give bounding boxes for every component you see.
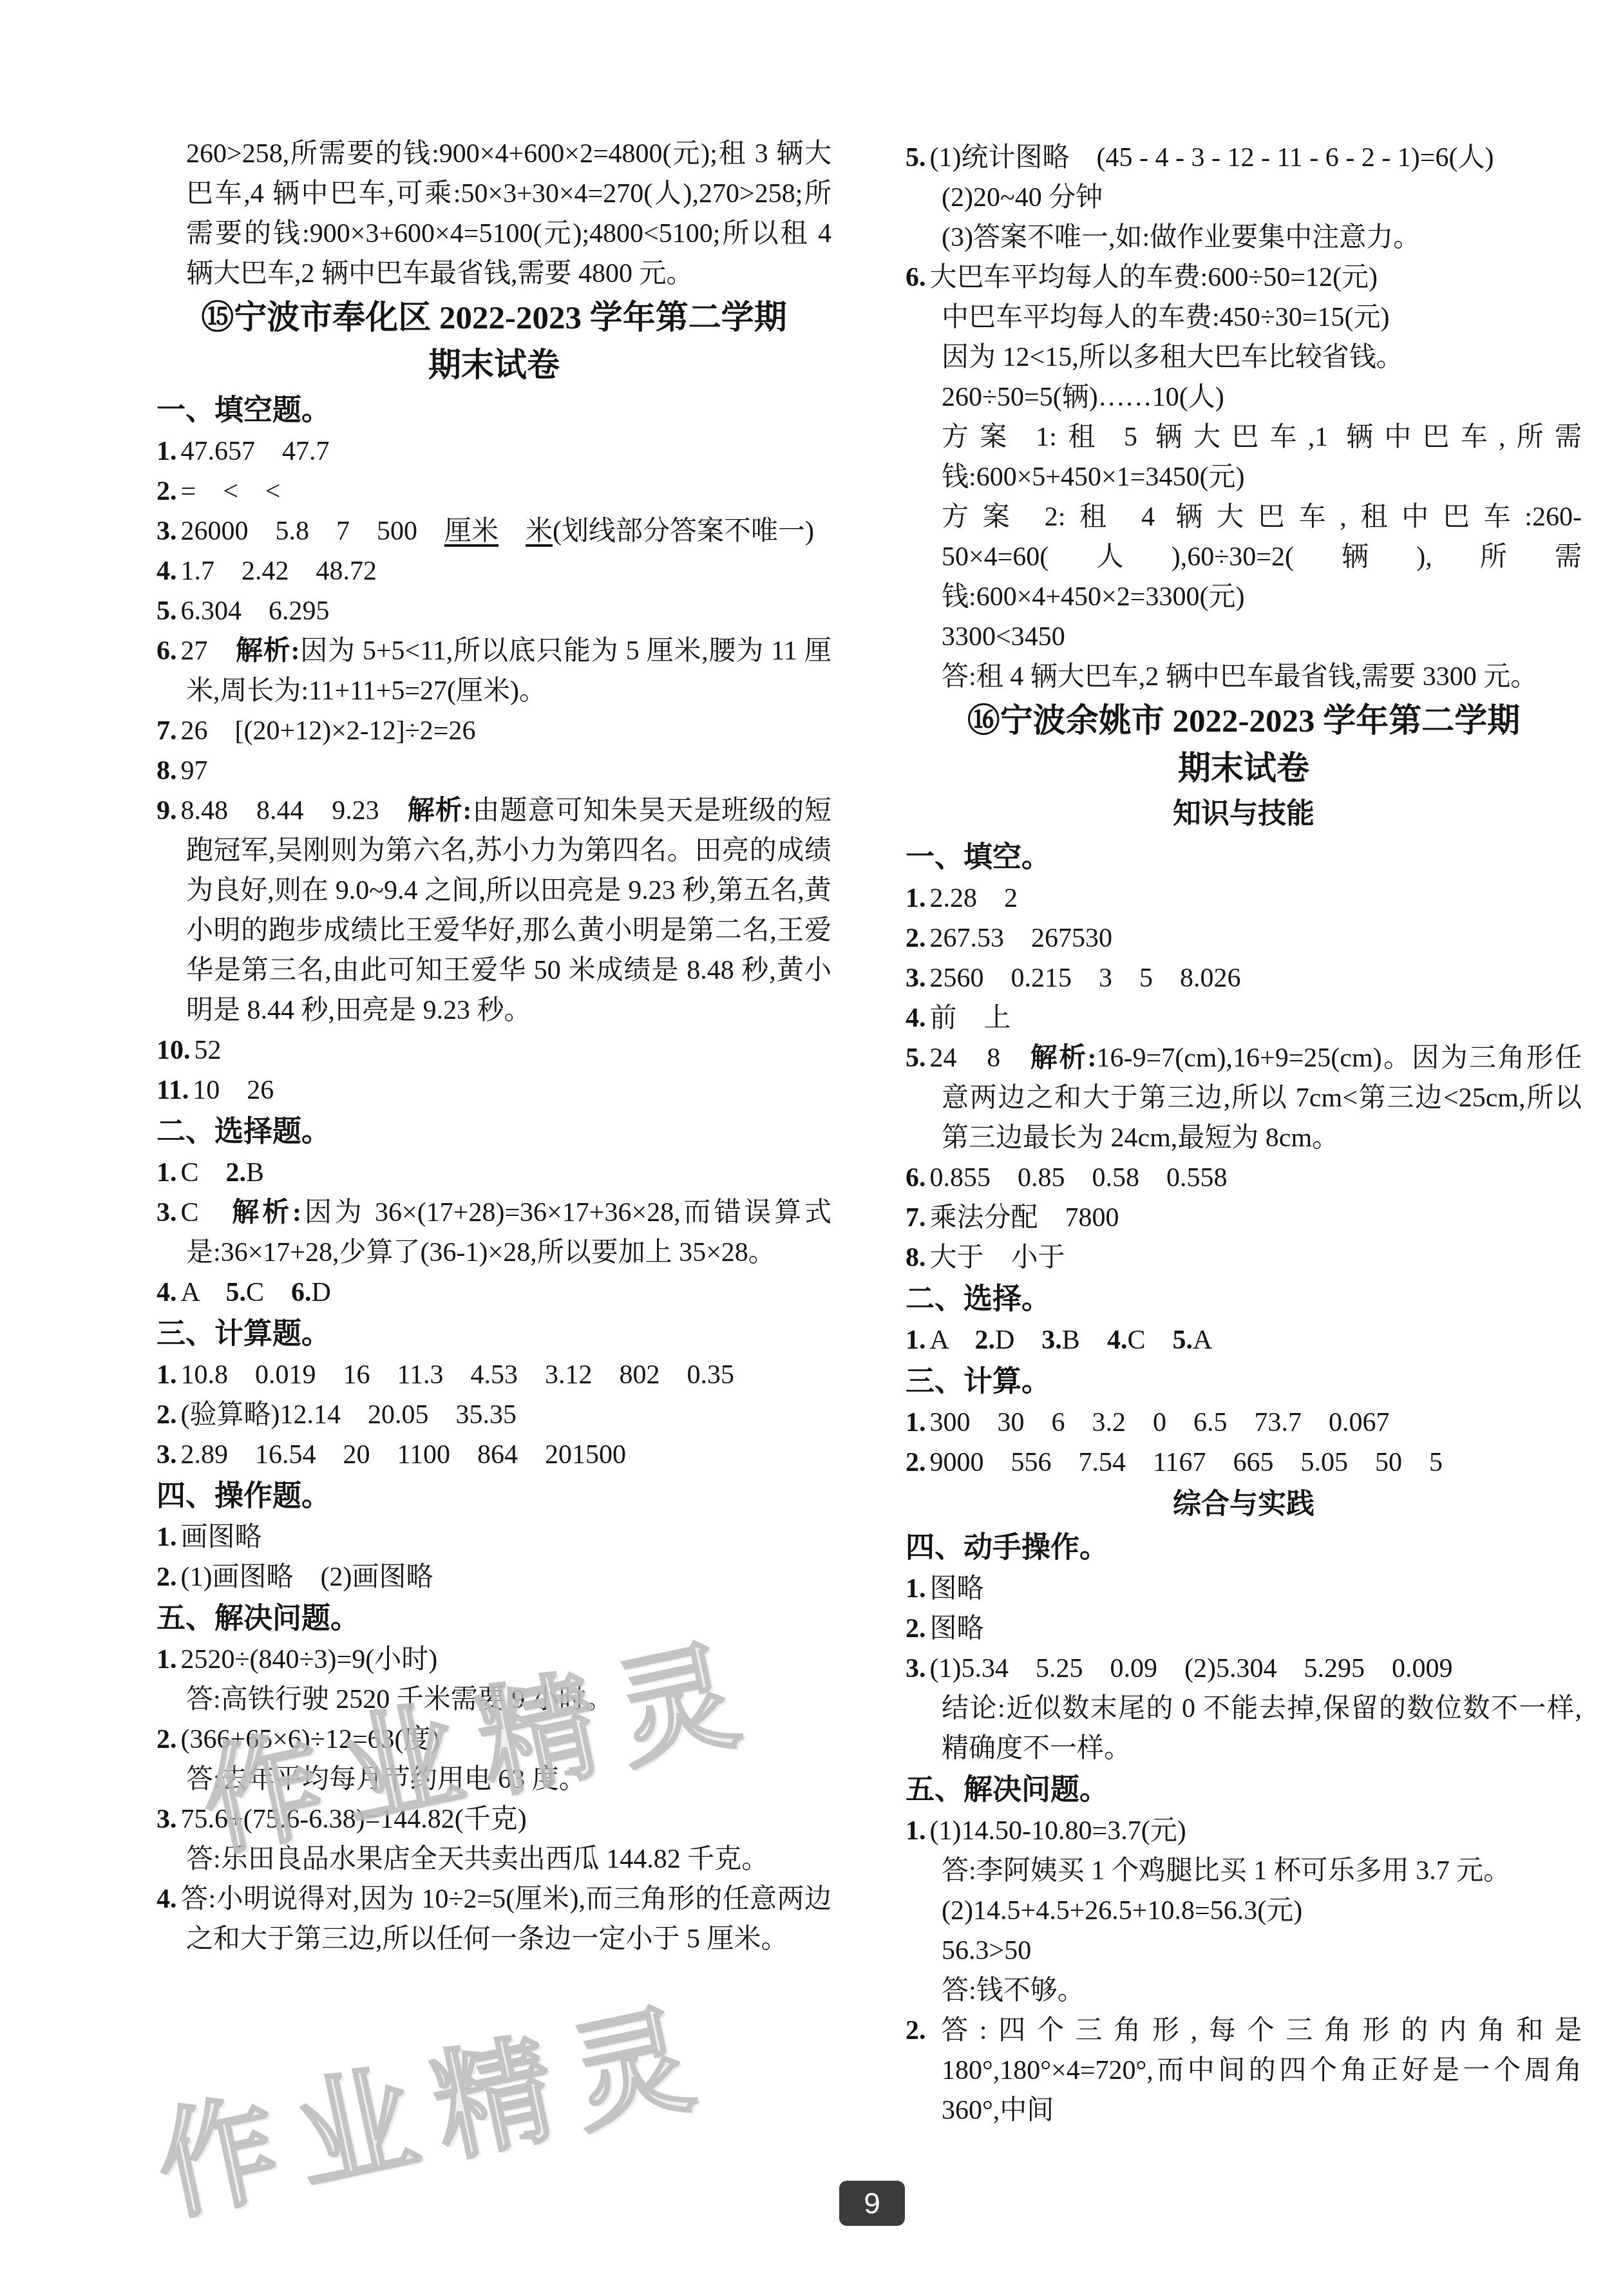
answer-line: 260÷50=5(辆)……10(人) [906, 377, 1582, 417]
item-number: 3. [906, 1654, 926, 1684]
text-run: 解析: [236, 636, 299, 666]
answer-item: 9.8.48 8.44 9.23 解析:由题意可知朱昊天是班级的短跑冠军,吴刚则… [157, 791, 831, 1030]
item-number: 2. [906, 2016, 926, 2045]
text-run: C [246, 1278, 291, 1307]
text-run: 画图略 [181, 1523, 262, 1552]
text-run: (3)答案不唯一,如:做作业要集中注意力。 [942, 223, 1420, 252]
text-run: 期末试卷 [1178, 751, 1309, 787]
page-number: 9 [864, 2188, 880, 2218]
item-number: 2. [157, 1400, 177, 1430]
text-run: ⑯宁波余姚市 2022-2023 学年第二学期 [967, 703, 1521, 739]
answer-item: 8.97 [157, 751, 831, 791]
answer-item: 2.267.53 267530 [906, 918, 1582, 958]
text-run: 结论:近似数末尾的 0 不能去掉,保留的数位数不一样,精确度不一样。 [942, 1694, 1582, 1763]
text-run: C [181, 1198, 233, 1228]
item-number: 1. [157, 437, 177, 466]
item-number: 4. [157, 1278, 177, 1307]
text-run: B [1062, 1325, 1107, 1355]
text-run: (366+65×6)÷12=63(度) [181, 1725, 440, 1754]
text-run: 27 [181, 636, 236, 666]
answer-line: 答:乐田良品水果店全天共卖出西瓜 144.82 千克。 [157, 1839, 831, 1879]
answer-item: 2.答:四个三角形,每个三角形的内角和是 180°,180°×4=720°,而中… [906, 2011, 1582, 2130]
answer-line: 方案 2:租 4 辆大巴车,租中巴车:260-50×4=60(人),60÷30=… [906, 497, 1582, 617]
item-number: 1. [906, 1574, 926, 1604]
section-title: 四、操作题。 [157, 1475, 831, 1517]
text-run: 9000 556 7.54 1167 665 5.05 50 5 [930, 1448, 1443, 1477]
text-run: 2.89 16.54 20 1100 864 201500 [181, 1440, 626, 1470]
paper-subtitle: 期末试卷 [157, 343, 831, 389]
item-number: 3. [906, 963, 926, 993]
answer-item: 1.47.657 47.7 [157, 432, 831, 471]
text-run: (2)20~40 分钟 [942, 183, 1103, 213]
answer-item: 4.A 5.C 6.D [157, 1273, 831, 1313]
section-title: 一、填空题。 [157, 389, 831, 432]
watermark: 作业精灵 [140, 1959, 727, 2244]
text-run: 厘米 [444, 517, 498, 546]
text-run: D [312, 1278, 331, 1307]
section-title: 四、动手操作。 [906, 1526, 1582, 1569]
text-run: 10.8 0.019 16 11.3 4.53 3.12 802 0.35 [181, 1360, 734, 1390]
section-title: 三、计算。 [906, 1360, 1582, 1403]
answer-item: 3.26000 5.8 7 500 厘米 米(划线部分答案不唯一) [157, 511, 831, 551]
text-run: 26000 5.8 7 500 [181, 517, 445, 546]
item-number: 10. [157, 1036, 191, 1065]
item-number: 3. [157, 1440, 177, 1470]
text-run: 24 8 [930, 1043, 1030, 1073]
text-run: 26 [(20+12)×2-12]÷2=26 [181, 716, 476, 746]
answer-item: 6.大巴车平均每人的车费:600÷50=12(元) [906, 258, 1582, 298]
paper-subtitle: 期末试卷 [906, 746, 1582, 792]
text-run: 3300<3450 [942, 622, 1065, 652]
item-number: 1. [157, 1645, 177, 1675]
answer-line: 答:钱不够。 [906, 1971, 1582, 2011]
item-number: 1. [906, 1408, 926, 1437]
item-number: 9. [157, 796, 177, 826]
answer-item: 11.10 26 [157, 1070, 831, 1110]
text-run: C [1127, 1325, 1172, 1355]
answer-item: 2.(1)画图略 (2)画图略 [157, 1557, 831, 1597]
text-run: 中巴车平均每人的车费:450÷30=15(元) [942, 303, 1389, 332]
text-run: 答:四个三角形,每个三角形的内角和是 180°,180°×4=720°,而中间的… [930, 2016, 1582, 2125]
text-run: 答:小明说得对,因为 10÷2=5(厘米),而三角形的任意两边之和大于第三边,所… [181, 1884, 832, 1954]
text-run: A [930, 1325, 975, 1355]
text-run: 三、计算题。 [157, 1318, 330, 1350]
text-run: 五、解决问题。 [157, 1602, 359, 1635]
answer-item: 2.(366+65×6)÷12=63(度) [157, 1720, 831, 1760]
item-number: 1. [906, 1325, 926, 1355]
section-title: 一、填空。 [906, 836, 1582, 878]
answer-item: 1.(1)14.50-10.80=3.7(元) [906, 1811, 1582, 1851]
answer-line: 260>258,所需要的钱:900×4+600×2=4800(元);租 3 辆大… [157, 134, 831, 294]
item-number: 6. [906, 263, 926, 292]
item-number: 1. [157, 1360, 177, 1390]
answer-item: 3.2560 0.215 3 5 8.026 [906, 958, 1582, 998]
item-number: 5. [906, 143, 926, 173]
text-run: 答:钱不够。 [942, 1976, 1085, 2006]
text-run: 答:高铁行驶 2520 千米需要 9 小时。 [186, 1685, 613, 1714]
text-run: 图略 [930, 1574, 984, 1604]
answer-item: 1.A 2.D 3.B 4.C 5.A [906, 1320, 1582, 1360]
text-run: 1.7 2.42 48.72 [181, 556, 377, 586]
text-run: 解析: [1030, 1043, 1097, 1073]
text-run: (划线部分答案不唯一) [553, 517, 814, 546]
text-run: A [1193, 1325, 1212, 1355]
item-number: 11. [157, 1076, 189, 1105]
item-number: 7. [906, 1203, 926, 1233]
item-number: 5. [906, 1043, 926, 1073]
answer-item: 1.画图略 [157, 1517, 831, 1557]
text-run: (1)统计图略 (45 - 4 - 3 - 12 - 11 - 6 - 2 - … [930, 143, 1494, 173]
text-run: 260>258,所需要的钱:900×4+600×2=4800(元);租 3 辆大… [186, 139, 831, 289]
text-run: 综合与实践 [1173, 1488, 1315, 1520]
item-number: 8. [157, 756, 177, 786]
paper-section-subtitle: 知识与技能 [906, 792, 1582, 836]
item-number: 2. [157, 477, 177, 506]
answer-item: 3.75.6+(75.6-6.38)=144.82(千克) [157, 1799, 831, 1839]
text-run: 方案 2:租 4 辆大巴车,租中巴车:260-50×4=60(人),60÷30=… [942, 502, 1582, 612]
answer-item: 2.图略 [906, 1609, 1582, 1649]
answer-item: 7.26 [(20+12)×2-12]÷2=26 [157, 711, 831, 751]
answer-item: 1.C 2.B [157, 1153, 831, 1193]
answer-item: 3.2.89 16.54 20 1100 864 201500 [157, 1435, 831, 1475]
text-run: 五、解决问题。 [906, 1774, 1108, 1806]
left-column: 260>258,所需要的钱:900×4+600×2=4800(元);租 3 辆大… [157, 134, 831, 1959]
paper-title: ⑯宁波余姚市 2022-2023 学年第二学期 [906, 697, 1582, 746]
text-run: 知识与技能 [1173, 798, 1315, 830]
text-run: 2. [226, 1158, 247, 1188]
answer-item: 8.大于 小于 [906, 1238, 1582, 1278]
answer-line: 结论:近似数末尾的 0 不能去掉,保留的数位数不一样,精确度不一样。 [906, 1689, 1582, 1769]
text-run: (1)5.34 5.25 0.09 (2)5.304 5.295 0.009 [930, 1654, 1453, 1684]
text-run: 解析: [408, 796, 472, 826]
text-run: (验算略)12.14 20.05 35.35 [181, 1400, 517, 1430]
answer-item: 7.乘法分配 7800 [906, 1198, 1582, 1238]
answer-item: 2.(验算略)12.14 20.05 35.35 [157, 1395, 831, 1435]
item-number: 2. [157, 1725, 177, 1754]
text-run: 8.48 8.44 9.23 [181, 796, 408, 826]
answer-item: 6.0.855 0.85 0.58 0.558 [906, 1158, 1582, 1198]
text-run: 因为 12<15,所以多租大巴车比较省钱。 [942, 343, 1403, 372]
text-run: (1)14.50-10.80=3.7(元) [930, 1816, 1186, 1846]
answer-item: 5.6.304 6.295 [157, 591, 831, 631]
text-run: D [995, 1325, 1041, 1355]
answer-item: 5.24 8 解析:16-9=7(cm),16+9=25(cm)。因为三角形任意… [906, 1038, 1582, 1158]
section-title: 三、计算题。 [157, 1313, 831, 1355]
text-run: (2)14.5+4.5+26.5+10.8=56.3(元) [942, 1896, 1302, 1926]
answer-line: (2)20~40 分钟 [906, 178, 1582, 218]
text-run: 四、操作题。 [157, 1480, 330, 1512]
answer-item: 5.(1)统计图略 (45 - 4 - 3 - 12 - 11 - 6 - 2 … [906, 138, 1582, 178]
answer-item: 6.27 解析:因为 5+5<11,所以底只能为 5 厘米,腰为 11 厘米,周… [157, 631, 831, 711]
answer-item: 3.(1)5.34 5.25 0.09 (2)5.304 5.295 0.009 [906, 1649, 1582, 1689]
text-run: 267.53 267530 [930, 924, 1113, 953]
text-run: 由题意可知朱昊天是班级的短跑冠军,吴刚则为第六名,苏小力为第四名。田亮的成绩为良… [186, 796, 831, 1025]
text-run: 75.6+(75.6-6.38)=144.82(千克) [181, 1805, 527, 1834]
item-number: 4. [157, 556, 177, 586]
section-title: 五、解决问题。 [906, 1769, 1582, 1811]
right-column: 5.(1)统计图略 (45 - 4 - 3 - 12 - 11 - 6 - 2 … [906, 138, 1582, 2130]
item-number: 8. [906, 1243, 926, 1273]
paper-title: ⑮宁波市奉化区 2022-2023 学年第二学期 [157, 294, 831, 343]
answer-line: 答:高铁行驶 2520 千米需要 9 小时。 [157, 1680, 831, 1720]
answer-line: 因为 12<15,所以多租大巴车比较省钱。 [906, 337, 1582, 377]
text-run: 6.304 6.295 [181, 596, 330, 626]
answer-item: 1.10.8 0.019 16 11.3 4.53 3.12 802 0.35 [157, 1355, 831, 1395]
text-run: 97 [181, 756, 208, 786]
text-run: 二、选择。 [906, 1283, 1050, 1315]
answer-line: 中巴车平均每人的车费:450÷30=15(元) [906, 298, 1582, 337]
answer-item: 1.2520÷(840÷3)=9(小时) [157, 1640, 831, 1680]
text-run: 答:租 4 辆大巴车,2 辆中巴车最省钱,需要 3300 元。 [942, 662, 1537, 692]
text-run: 三、计算。 [906, 1365, 1050, 1398]
answer-item: 2.= < < [157, 471, 831, 511]
text-run: 260÷50=5(辆)……10(人) [942, 383, 1224, 412]
text-run: 答:李阿姨买 1 个鸡腿比买 1 杯可乐多用 3.7 元。 [942, 1856, 1510, 1886]
text-run: 3. [1041, 1325, 1062, 1355]
text-run: 图略 [930, 1614, 984, 1644]
item-number: 7. [157, 716, 177, 746]
text-run: 2. [975, 1325, 996, 1355]
item-number: 1. [906, 884, 926, 913]
answer-item: 4.前 上 [906, 998, 1582, 1038]
paper-section-subtitle: 综合与实践 [906, 1483, 1582, 1526]
text-run: 6. [291, 1278, 312, 1307]
text-run: 2560 0.215 3 5 8.026 [930, 963, 1241, 993]
page-number-badge: 9 [839, 2181, 905, 2226]
text-run: 乘法分配 7800 [930, 1203, 1119, 1233]
text-run: 答:乐田良品水果店全天共卖出西瓜 144.82 千克。 [186, 1845, 768, 1874]
answer-line: 方案 1:租 5 辆大巴车,1 辆中巴车,所需钱:600×5+450×1=345… [906, 417, 1582, 497]
text-run: 大巴车平均每人的车费:600÷50=12(元) [930, 263, 1378, 292]
section-title: 五、解决问题。 [157, 1597, 831, 1640]
text-run: 47.657 47.7 [181, 437, 330, 466]
answer-item: 2.9000 556 7.54 1167 665 5.05 50 5 [906, 1443, 1582, 1483]
answer-line: (3)答案不唯一,如:做作业要集中注意力。 [906, 218, 1582, 258]
text-run: 米 [526, 517, 553, 546]
answer-book-page: 260>258,所需要的钱:900×4+600×2=4800(元);租 3 辆大… [0, 0, 1623, 2296]
answer-item: 1.图略 [906, 1569, 1582, 1609]
text-run: 四、动手操作。 [906, 1532, 1108, 1564]
text-run: 一、填空题。 [157, 394, 330, 426]
section-title: 二、选择。 [906, 1278, 1582, 1320]
item-number: 6. [906, 1163, 926, 1193]
text-run: C [181, 1158, 226, 1188]
text-run: 前 上 [930, 1003, 1011, 1033]
answer-item: 1.300 30 6 3.2 0 6.5 73.7 0.067 [906, 1403, 1582, 1443]
text-run: 一、填空。 [906, 841, 1050, 873]
text-run: A [181, 1278, 226, 1307]
item-number: 3. [157, 517, 177, 546]
item-number: 2. [906, 924, 926, 953]
text-run: (1)画图略 (2)画图略 [181, 1562, 433, 1592]
answer-line: 答:去年平均每月节约用电 63 度。 [157, 1760, 831, 1799]
answer-line: 答:李阿姨买 1 个鸡腿比买 1 杯可乐多用 3.7 元。 [906, 1851, 1582, 1891]
section-title: 二、选择题。 [157, 1110, 831, 1153]
text-run: 52 [195, 1036, 222, 1065]
text-run: 二、选择题。 [157, 1115, 330, 1148]
text-run: 300 30 6 3.2 0 6.5 73.7 0.067 [930, 1408, 1390, 1437]
answer-line: 56.3>50 [906, 1931, 1582, 1971]
text-run: 4. [1107, 1325, 1128, 1355]
answer-line: (2)14.5+4.5+26.5+10.8=56.3(元) [906, 1891, 1582, 1931]
item-number: 3. [157, 1198, 177, 1228]
text-run: 56.3>50 [942, 1936, 1031, 1966]
item-number: 1. [157, 1523, 177, 1552]
answer-item: 1.2.28 2 [906, 878, 1582, 918]
text-run: 方案 1:租 5 辆大巴车,1 辆中巴车,所需钱:600×5+450×1=345… [942, 422, 1582, 492]
item-number: 4. [906, 1003, 926, 1033]
item-number: 4. [157, 1884, 177, 1914]
text-run: ⑮宁波市奉化区 2022-2023 学年第二学期 [201, 300, 787, 336]
item-number: 3. [157, 1805, 177, 1834]
text-run: = < < [181, 477, 281, 506]
text-run [498, 517, 526, 546]
text-run: 0.855 0.85 0.58 0.558 [930, 1163, 1228, 1193]
text-run: 5. [226, 1278, 247, 1307]
item-number: 2. [157, 1562, 177, 1592]
text-run: 大于 小于 [930, 1243, 1065, 1273]
text-run: 10 26 [193, 1076, 274, 1105]
answer-item: 4.答:小明说得对,因为 10÷2=5(厘米),而三角形的任意两边之和大于第三边… [157, 1879, 831, 1959]
item-number: 5. [157, 596, 177, 626]
item-number: 1. [906, 1816, 926, 1846]
text-run: 期末试卷 [428, 348, 560, 384]
item-number: 1. [157, 1158, 177, 1188]
item-number: 6. [157, 636, 177, 666]
text-run: 5. [1172, 1325, 1193, 1355]
text-run: 解析: [232, 1198, 301, 1228]
text-run: 2520÷(840÷3)=9(小时) [181, 1645, 438, 1675]
answer-item: 10.52 [157, 1030, 831, 1070]
answer-line: 答:租 4 辆大巴车,2 辆中巴车最省钱,需要 3300 元。 [906, 657, 1582, 697]
answer-line: 3300<3450 [906, 617, 1582, 657]
answer-item: 4.1.7 2.42 48.72 [157, 551, 831, 591]
text-run: 答:去年平均每月节约用电 63 度。 [186, 1765, 586, 1794]
item-number: 2. [906, 1614, 926, 1644]
answer-item: 3.C 解析:因为 36×(17+28)=36×17+36×28,而错误算式是:… [157, 1193, 831, 1273]
text-run: 2.28 2 [930, 884, 1018, 913]
item-number: 2. [906, 1448, 926, 1477]
text-run: B [246, 1158, 264, 1188]
